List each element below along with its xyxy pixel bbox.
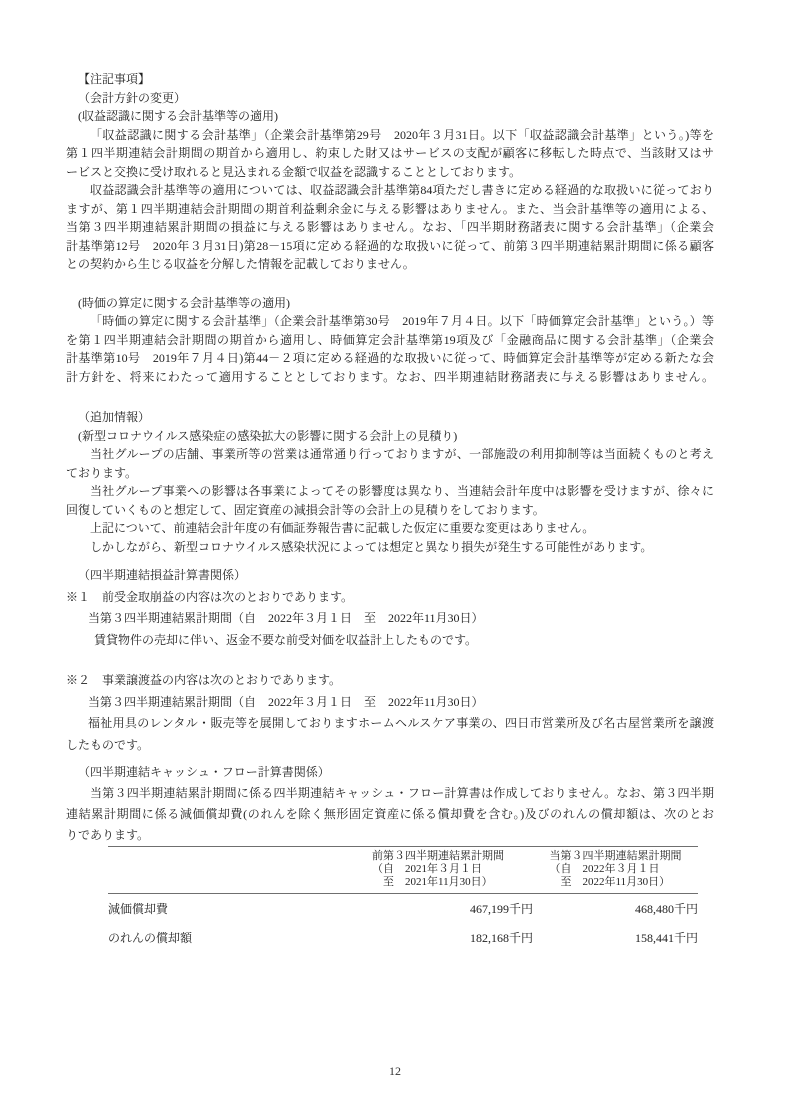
table-row-depreciation: 減価償却費 467,199千円 468,480千円 [108, 894, 698, 924]
notes-fair-value-standard: (時価の算定に関する会計基準等の適用)「時価の算定に関する会計基準」（企業会計基… [66, 294, 714, 387]
text-line: （四半期連結キャッシュ・フロー計算書関係） [66, 762, 714, 783]
text-line: との契約から生じる収益を分解した情報を記載しておりません。 [66, 255, 714, 274]
period-curr-title: 当第３四半期連結累計期間 [550, 850, 682, 863]
notes-income-statement-item1: （四半期連結損益計算書関係）※１ 前受金取崩益の内容は次のとおりであります。当第… [66, 565, 714, 651]
value-prev: 182,168千円 [343, 923, 533, 952]
text-line: 「収益認識に関する会計基準」（企業会計基準第29号 2020年３月31日。以下「… [66, 126, 714, 145]
period-prev-title: 前第３四半期連結累計期間 [372, 850, 504, 863]
text-line: ※１ 前受金取崩益の内容は次のとおりであります。 [66, 587, 714, 609]
text-line: （会計方針の変更） [66, 89, 714, 108]
value-curr: 468,480千円 [533, 894, 698, 924]
text-line: ※２ 事業譲渡益の内容は次のとおりであります。 [66, 670, 714, 692]
document-body: 【注記事項】（会計方針の変更）(収益認識に関する会計基準等の適用)「収益認識に関… [66, 70, 714, 846]
text-line: 当第３四半期連結累計期間の損益に与える影響はありません。なお、「四半期財務諸表に… [66, 218, 714, 237]
period-prev-to: 至 2021年11月30日） [372, 876, 504, 889]
text-line: (時価の算定に関する会計基準等の適用) [66, 294, 714, 313]
header-empty-cell [108, 847, 343, 894]
text-line: 収益認識会計基準等の適用については、収益認識会計基準第84項ただし書きに定める経… [66, 181, 714, 200]
text-line: 当社グループ事業への影響は各事業によってその影響度は異なり、当連結会計年度中は影… [66, 482, 714, 501]
text-line: しかしながら、新型コロナウイルス感染状況によっては想定と異なり損失が発生する可能… [66, 538, 714, 557]
text-line: を第１四半期連結会計期間の期首から適用し、時価算定会計基準第19項及び「金融商品… [66, 331, 714, 350]
notes-additional-information: （追加情報）(新型コロナウイルス感染症の感染拡大の影響に関する会計上の見積り)当… [66, 408, 714, 556]
text-line: 連結累計期間に係る減価償却費(のれんを除く無形固定資産に係る償却費を含む。)及び… [66, 804, 714, 825]
text-line: 賃貸物件の売却に伴い、返金不要な前受対価を収益計上したものです。 [66, 630, 714, 652]
text-line: 計基準第10号 2019年７月４日)第44－２項に定める経過的な取扱いに従って、… [66, 349, 714, 368]
period-curr-to: 至 2022年11月30日） [550, 876, 682, 889]
text-line: したものです。 [66, 735, 714, 757]
text-line: 当第３四半期連結累計期間（自 2022年３月１日 至 2022年11月30日） [66, 608, 714, 630]
text-line: 当社グループの店舗、事業所等の営業は通常通り行っておりますが、一部施設の利用抑制… [66, 445, 714, 464]
notes-cash-flow-statement: （四半期連結キャッシュ・フロー計算書関係）当第３四半期連結累計期間に係る四半期連… [66, 762, 714, 846]
table-row-goodwill-amortization: のれんの償却額 182,168千円 158,441千円 [108, 923, 698, 952]
header-period-prev: 前第３四半期連結累計期間 （自 2021年３月１日 至 2021年11月30日） [343, 847, 533, 894]
document-page: 【注記事項】（会計方針の変更）(収益認識に関する会計基準等の適用)「収益認識に関… [0, 0, 790, 1118]
document-content: 【注記事項】（会計方針の変更）(収益認識に関する会計基準等の適用)「収益認識に関… [66, 70, 714, 952]
depreciation-goodwill-table: 前第３四半期連結累計期間 （自 2021年３月１日 至 2021年11月30日）… [108, 846, 698, 952]
text-line: 上記について、前連結会計年度の有価証券報告書に記載した仮定に重要な変更はありませ… [66, 519, 714, 538]
text-line: 当第３四半期連結累計期間（自 2022年３月１日 至 2022年11月30日） [66, 692, 714, 714]
text-line: 「時価の算定に関する会計基準」（企業会計基準第30号 2019年７月４日。以下「… [66, 312, 714, 331]
page-number: 12 [0, 1064, 790, 1079]
period-prev-from: （自 2021年３月１日 [372, 863, 504, 876]
text-line: 計方針を、将来にわたって適用することとしております。なお、四半期連結財務諸表に与… [66, 368, 714, 387]
text-line: （四半期連結損益計算書関係） [66, 565, 714, 587]
text-line: (新型コロナウイルス感染症の感染拡大の影響に関する会計上の見積り) [66, 427, 714, 446]
header-period-curr: 当第３四半期連結累計期間 （自 2022年３月１日 至 2022年11月30日） [533, 847, 698, 894]
text-line: 当第３四半期連結累計期間に係る四半期連結キャッシュ・フロー計算書は作成しておりま… [66, 783, 714, 804]
text-line: 回復していくものと想定して、固定資産の減損会計等の会計上の見積りをしております。 [66, 501, 714, 520]
value-prev: 467,199千円 [343, 894, 533, 924]
value-curr: 158,441千円 [533, 923, 698, 952]
text-line: 【注記事項】 [66, 70, 714, 89]
text-line: （追加情報） [66, 408, 714, 427]
row-label: のれんの償却額 [108, 923, 343, 952]
period-curr-from: （自 2022年３月１日 [550, 863, 682, 876]
text-line: りであります。 [66, 825, 714, 846]
text-line: 第１四半期連結会計期間の期首から適用し、約束した財又はサービスの支配が顧客に移転… [66, 144, 714, 163]
text-line: ております。 [66, 464, 714, 483]
period-curr-block: 当第３四半期連結累計期間 （自 2022年３月１日 至 2022年11月30日） [550, 850, 682, 889]
notes-income-statement-item2: ※２ 事業譲渡益の内容は次のとおりであります。当第３四半期連結累計期間（自 20… [66, 670, 714, 756]
text-line: ービスと交換に受け取れると見込まれる金額で収益を認識することとしております。 [66, 163, 714, 182]
notes-accounting-policy-change: 【注記事項】（会計方針の変更）(収益認識に関する会計基準等の適用)「収益認識に関… [66, 70, 714, 274]
text-line: 福祉用具のレンタル・販売等を展開しておりますホームヘルスケア事業の、四日市営業所… [66, 713, 714, 735]
text-line: ますが、第１四半期連結会計期間の期首利益剰余金に与える影響はありません。また、当… [66, 200, 714, 219]
text-line: 計基準第12号 2020年３月31日)第28－15項に定める経過的な取扱いに従っ… [66, 237, 714, 256]
period-prev-block: 前第３四半期連結累計期間 （自 2021年３月１日 至 2021年11月30日） [372, 850, 504, 889]
text-line: (収益認識に関する会計基準等の適用) [66, 107, 714, 126]
row-label: 減価償却費 [108, 894, 343, 924]
table-header-row: 前第３四半期連結累計期間 （自 2021年３月１日 至 2021年11月30日）… [108, 847, 698, 894]
